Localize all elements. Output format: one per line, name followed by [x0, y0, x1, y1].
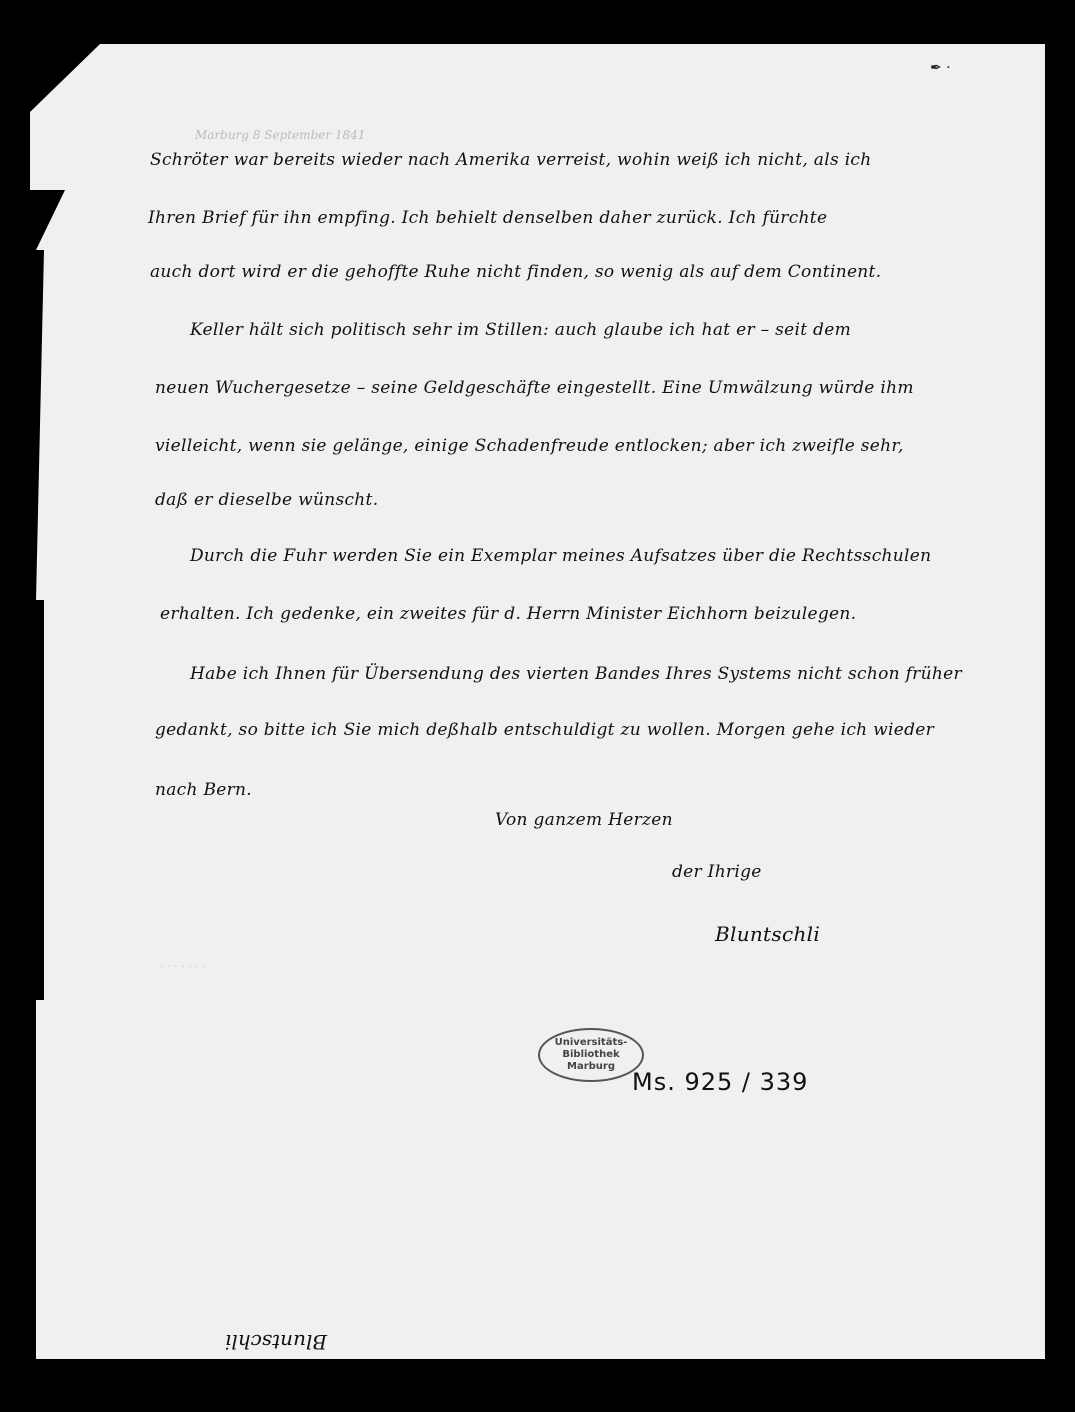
- letter-line: gedankt, so bitte ich Sie mich deßhalb e…: [155, 720, 934, 740]
- letter-line: auch dort wird er die gehoffte Ruhe nich…: [150, 262, 881, 282]
- closing: Von ganzem Herzen: [495, 810, 673, 830]
- letter-line: Schröter war bereits wieder nach Amerika…: [150, 150, 872, 170]
- letter-line: daß er dieselbe wünscht.: [155, 490, 378, 510]
- stamp-line: Universitäts-: [555, 1037, 628, 1049]
- letter-line: Durch die Fuhr werden Sie ein Exemplar m…: [190, 546, 931, 566]
- letter-line: erhalten. Ich gedenke, ein zweites für d…: [160, 604, 856, 624]
- shelfmark: Ms. 925 / 339: [632, 1068, 808, 1096]
- signature: Bluntschli: [715, 922, 820, 946]
- letter-line: Ihren Brief für ihn empfing. Ich behielt…: [148, 208, 827, 228]
- letter-line: Keller hält sich politisch sehr im Still…: [190, 320, 851, 340]
- letter-line: neuen Wuchergesetze – seine Geldgeschäft…: [155, 378, 914, 398]
- stamp-line: Bibliothek: [562, 1049, 619, 1061]
- valediction: der Ihrige: [672, 862, 762, 882]
- bottom-inverted-note: Bluntschli: [225, 1330, 327, 1354]
- corner-mark: ✒ ·: [930, 60, 951, 76]
- letter-line: Habe ich Ihnen für Übersendung des viert…: [190, 664, 962, 684]
- library-stamp: Universitäts- Bibliothek Marburg: [538, 1028, 644, 1082]
- letter-line: nach Bern.: [155, 780, 252, 800]
- stamp-line: Marburg: [567, 1061, 615, 1073]
- letter-line: vielleicht, wenn sie gelänge, einige Sch…: [155, 436, 904, 456]
- bleed-through-text: · · · · · · ·: [160, 960, 205, 973]
- faint-date-header: Marburg 8 September 1841: [195, 128, 365, 142]
